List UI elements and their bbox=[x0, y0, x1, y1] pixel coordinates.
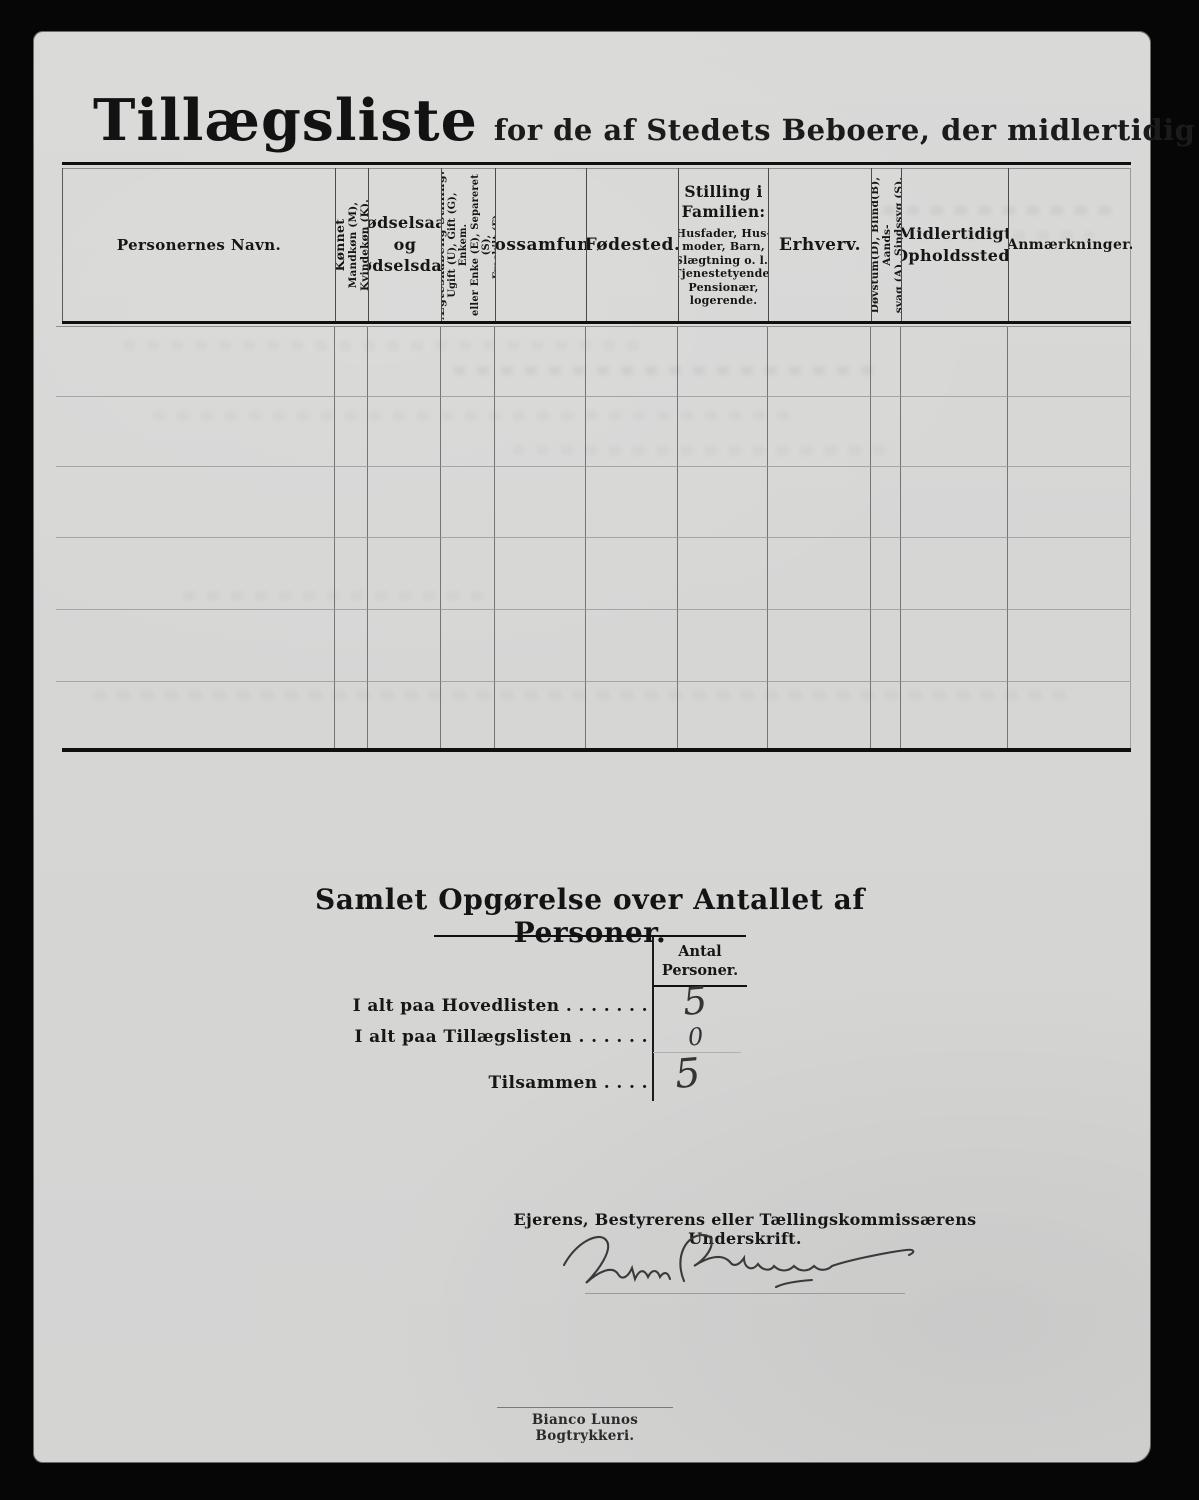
col-header-anmaerkninger: Anmærkninger. bbox=[1008, 168, 1132, 321]
col-header-foedested: Fødested. bbox=[586, 168, 678, 321]
summary-row-tilsammen-label: Tilsammen . . . . bbox=[348, 1073, 648, 1093]
bleedthrough-smudge bbox=[153, 411, 793, 420]
table-body-cell-r1-c7 bbox=[677, 327, 767, 397]
table-body-cell-r5-c7 bbox=[677, 610, 767, 682]
scan-background: Tillægslistefor de af Stedets Beboere, d… bbox=[0, 0, 1199, 1500]
table-header: Personernes Navn. Kønnet Mandkøn (M), Kv… bbox=[62, 168, 1131, 321]
form-subtitle: for de af Stedets Beboere, der midlertid… bbox=[494, 113, 1199, 147]
summary-row-tillaegslisten-label: I alt paa Tillægslisten . . . . . . bbox=[348, 1027, 648, 1047]
col-header-aegteskabelig-stilling: Ægteskabelig Stilling. Ugift (U), Gift (… bbox=[441, 168, 495, 321]
table-body-cell-r3-c2 bbox=[334, 467, 367, 538]
summary-row-hovedlisten-label: I alt paa Hovedlisten . . . . . . . bbox=[348, 996, 648, 1016]
col-header-midlertidigt-opholdssted: Midlertidigt Opholdssted. bbox=[901, 168, 1008, 321]
table-body-cell-r3-c11 bbox=[1007, 467, 1131, 538]
table-body-cell-r2-c5 bbox=[494, 397, 585, 467]
table-body-cell-r4-c9 bbox=[870, 538, 900, 610]
col-header-trossamfund: Trossamfund. bbox=[495, 168, 586, 321]
bleedthrough-smudge bbox=[123, 341, 643, 350]
table-body-cell-r1-c2 bbox=[334, 327, 367, 397]
table-body-cell-r1-c9 bbox=[870, 327, 900, 397]
bleedthrough-smudge bbox=[893, 231, 1093, 240]
table-top-rule bbox=[62, 162, 1131, 165]
table-body-cell-r5-c3 bbox=[367, 610, 440, 682]
table-body-cell-r2-c10 bbox=[900, 397, 1007, 467]
table-body-cell-r5-c6 bbox=[585, 610, 677, 682]
table-body-cell-r2-c6 bbox=[585, 397, 677, 467]
table-body-cell-r2-c8 bbox=[767, 397, 870, 467]
col-header-doevstum: Døvstum(D), Blind(B), Aands- svag (A), S… bbox=[871, 168, 901, 321]
table-body-cell-r2-c11 bbox=[1007, 397, 1131, 467]
table-body-cell-r1-c1 bbox=[56, 327, 334, 397]
table-body-cell-r5-c10 bbox=[900, 610, 1007, 682]
table-body-cell-r2-c2 bbox=[334, 397, 367, 467]
form-subtitle-regular: for de af Stedets Beboere, der midlertid… bbox=[494, 113, 1199, 147]
table-body-cell-r4-c6 bbox=[585, 538, 677, 610]
summary-row-tilsammen-value: 5 bbox=[673, 1050, 702, 1098]
table-body-cell-r5-c11 bbox=[1007, 610, 1131, 682]
printer-credit: Bianco Lunos Bogtrykkeri. bbox=[485, 1412, 685, 1444]
table-body bbox=[56, 327, 1131, 748]
table-body-cell-r4-c5 bbox=[494, 538, 585, 610]
summary-col-header: Antal Personer. bbox=[653, 943, 747, 981]
table-body-cell-r1-c11 bbox=[1007, 327, 1131, 397]
summary-row-tillaegslisten-value: 0 bbox=[687, 1022, 705, 1051]
table-body-cell-r4-c10 bbox=[900, 538, 1007, 610]
table-bottom-rule bbox=[62, 748, 1131, 752]
table-body-cell-r3-c8 bbox=[767, 467, 870, 538]
table-body-cell-r1-c4 bbox=[440, 327, 494, 397]
col-header-stilling-i-familien: Stilling i Familien: Husfader, Hus- mode… bbox=[678, 168, 768, 321]
table-body-cell-r2-c1 bbox=[56, 397, 334, 467]
col-header-erhverv: Erhverv. bbox=[768, 168, 871, 321]
table-body-cell-r1-c3 bbox=[367, 327, 440, 397]
col-header-koennet: Kønnet Mandkøn (M), Kvindekøn (K). bbox=[335, 168, 368, 321]
table-body-cell-r2-c4 bbox=[440, 397, 494, 467]
table-body-cell-r5-c4 bbox=[440, 610, 494, 682]
table-body-cell-r3-c4 bbox=[440, 467, 494, 538]
table-body-cell-r4-c8 bbox=[767, 538, 870, 610]
table-body-cell-r2-c3 bbox=[367, 397, 440, 467]
census-form-page: Tillægslistefor de af Stedets Beboere, d… bbox=[33, 31, 1151, 1463]
col-header-personernes-navn: Personernes Navn. bbox=[63, 168, 335, 321]
form-title: Tillægsliste bbox=[93, 87, 478, 154]
table-body-cell-r1-c5 bbox=[494, 327, 585, 397]
col-header-foedselsaar: Fødselsaar og Fødselsdag. bbox=[368, 168, 441, 321]
table-body-cell-r3-c9 bbox=[870, 467, 900, 538]
bleedthrough-smudge bbox=[183, 591, 483, 600]
table-body-cell-r5-c1 bbox=[56, 610, 334, 682]
table-body-cell-r3-c1 bbox=[56, 467, 334, 538]
table-body-cell-r4-c11 bbox=[1007, 538, 1131, 610]
summary-heading: Samlet Opgørelse over Antallet af Person… bbox=[270, 883, 910, 949]
bleedthrough-smudge bbox=[453, 366, 883, 375]
table-body-cell-r3-c10 bbox=[900, 467, 1007, 538]
bleedthrough-smudge bbox=[513, 446, 893, 455]
table-body-cell-r3-c7 bbox=[677, 467, 767, 538]
table-body-cell-r5-c2 bbox=[334, 610, 367, 682]
signature-underline bbox=[585, 1293, 905, 1294]
table-body-cell-r5-c8 bbox=[767, 610, 870, 682]
table-body-cell-r3-c3 bbox=[367, 467, 440, 538]
printer-rule bbox=[497, 1407, 673, 1408]
table-body-cell-r5-c5 bbox=[494, 610, 585, 682]
handwritten-signature bbox=[560, 1227, 920, 1312]
table-body-cell-r1-c8 bbox=[767, 327, 870, 397]
bleedthrough-smudge bbox=[93, 691, 1073, 700]
summary-row-hovedlisten-value: 5 bbox=[681, 978, 709, 1024]
table-body-cell-r1-c6 bbox=[585, 327, 677, 397]
table-body-cell-r3-c6 bbox=[585, 467, 677, 538]
table-body-cell-r1-c10 bbox=[900, 327, 1007, 397]
header-bottom-rule bbox=[62, 321, 1131, 324]
table-body-cell-r3-c5 bbox=[494, 467, 585, 538]
table-body-cell-r2-c9 bbox=[870, 397, 900, 467]
bleedthrough-smudge bbox=[883, 206, 1113, 215]
table-body-cell-r2-c7 bbox=[677, 397, 767, 467]
form-title-row: Tillægslistefor de af Stedets Beboere, d… bbox=[93, 87, 1199, 154]
summary-top-rule bbox=[434, 935, 746, 937]
table-body-cell-r5-c9 bbox=[870, 610, 900, 682]
table-body-cell-r4-c7 bbox=[677, 538, 767, 610]
